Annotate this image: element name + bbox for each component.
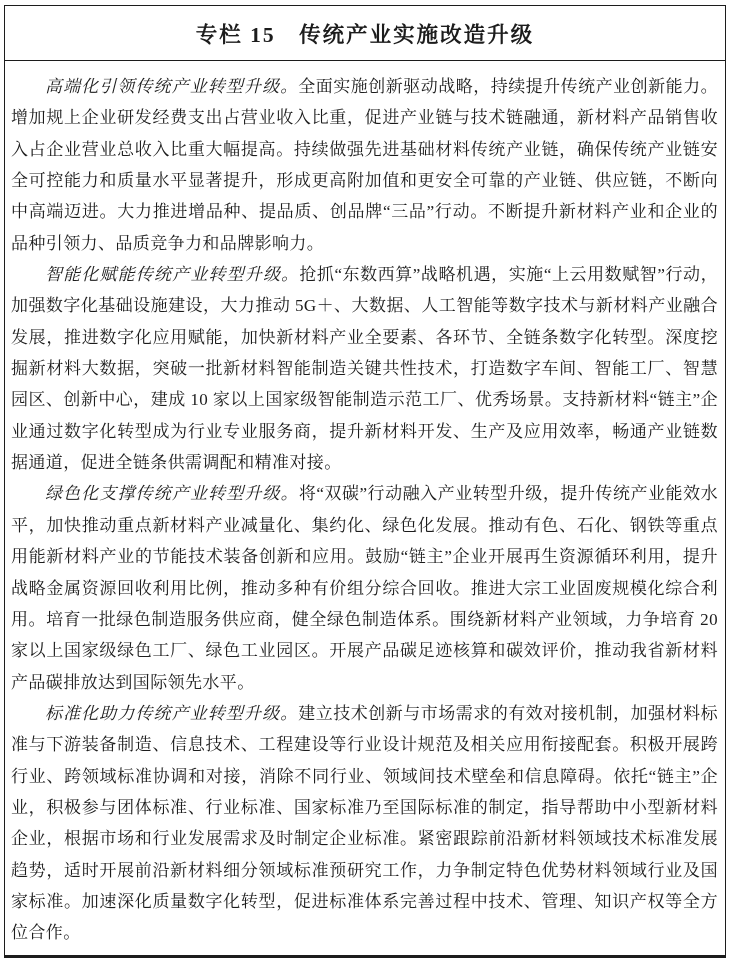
column-title-bar: 专栏 15 传统产业实施改造升级 <box>5 6 725 61</box>
document-page: { "doc": { "title": "专栏 15 传统产业实施改造升级", … <box>0 0 741 973</box>
paragraph-intelligent: 智能化赋能传统产业转型升级。抢抓“东数西算”战略机遇，实施“上云用数赋智”行动，… <box>11 259 718 478</box>
paragraph-body: 将“双碳”行动融入产业转型升级，提升传统产业能效水平，加快推动重点新材料产业减量… <box>11 484 718 691</box>
column-box-frame: 专栏 15 传统产业实施改造升级 高端化引领传统产业转型升级。全面实施创新驱动战… <box>4 5 726 958</box>
paragraph-lead: 高端化引领传统产业转型升级。 <box>45 77 298 96</box>
paragraph-body: 全面实施创新驱动战略，持续提升传统产业创新能力。增加规上企业研发经费支出占营业收… <box>11 77 718 253</box>
page-title: 专栏 15 传统产业实施改造升级 <box>196 18 534 49</box>
paragraph-high-end: 高端化引领传统产业转型升级。全面实施创新驱动战略，持续提升传统产业创新能力。增加… <box>11 71 718 259</box>
paragraph-body: 建立技术创新与市场需求的有效对接机制，加强材料标准与下游装备制造、信息技术、工程… <box>11 704 718 942</box>
paragraph-lead: 标准化助力传统产业转型升级。 <box>45 704 298 723</box>
column-body: 高端化引领传统产业转型升级。全面实施创新驱动战略，持续提升传统产业创新能力。增加… <box>5 61 725 955</box>
paragraph-lead: 绿色化支撑传统产业转型升级。 <box>45 484 299 503</box>
paragraph-body: 抢抓“东数西算”战略机遇，实施“上云用数赋智”行动，加强数字化基础设施建设，大力… <box>11 265 718 472</box>
paragraph-green: 绿色化支撑传统产业转型升级。将“双碳”行动融入产业转型升级，提升传统产业能效水平… <box>11 478 718 697</box>
paragraph-standardization: 标准化助力传统产业转型升级。建立技术创新与市场需求的有效对接机制，加强材料标准与… <box>11 698 718 949</box>
paragraph-lead: 智能化赋能传统产业转型升级。 <box>45 265 299 284</box>
